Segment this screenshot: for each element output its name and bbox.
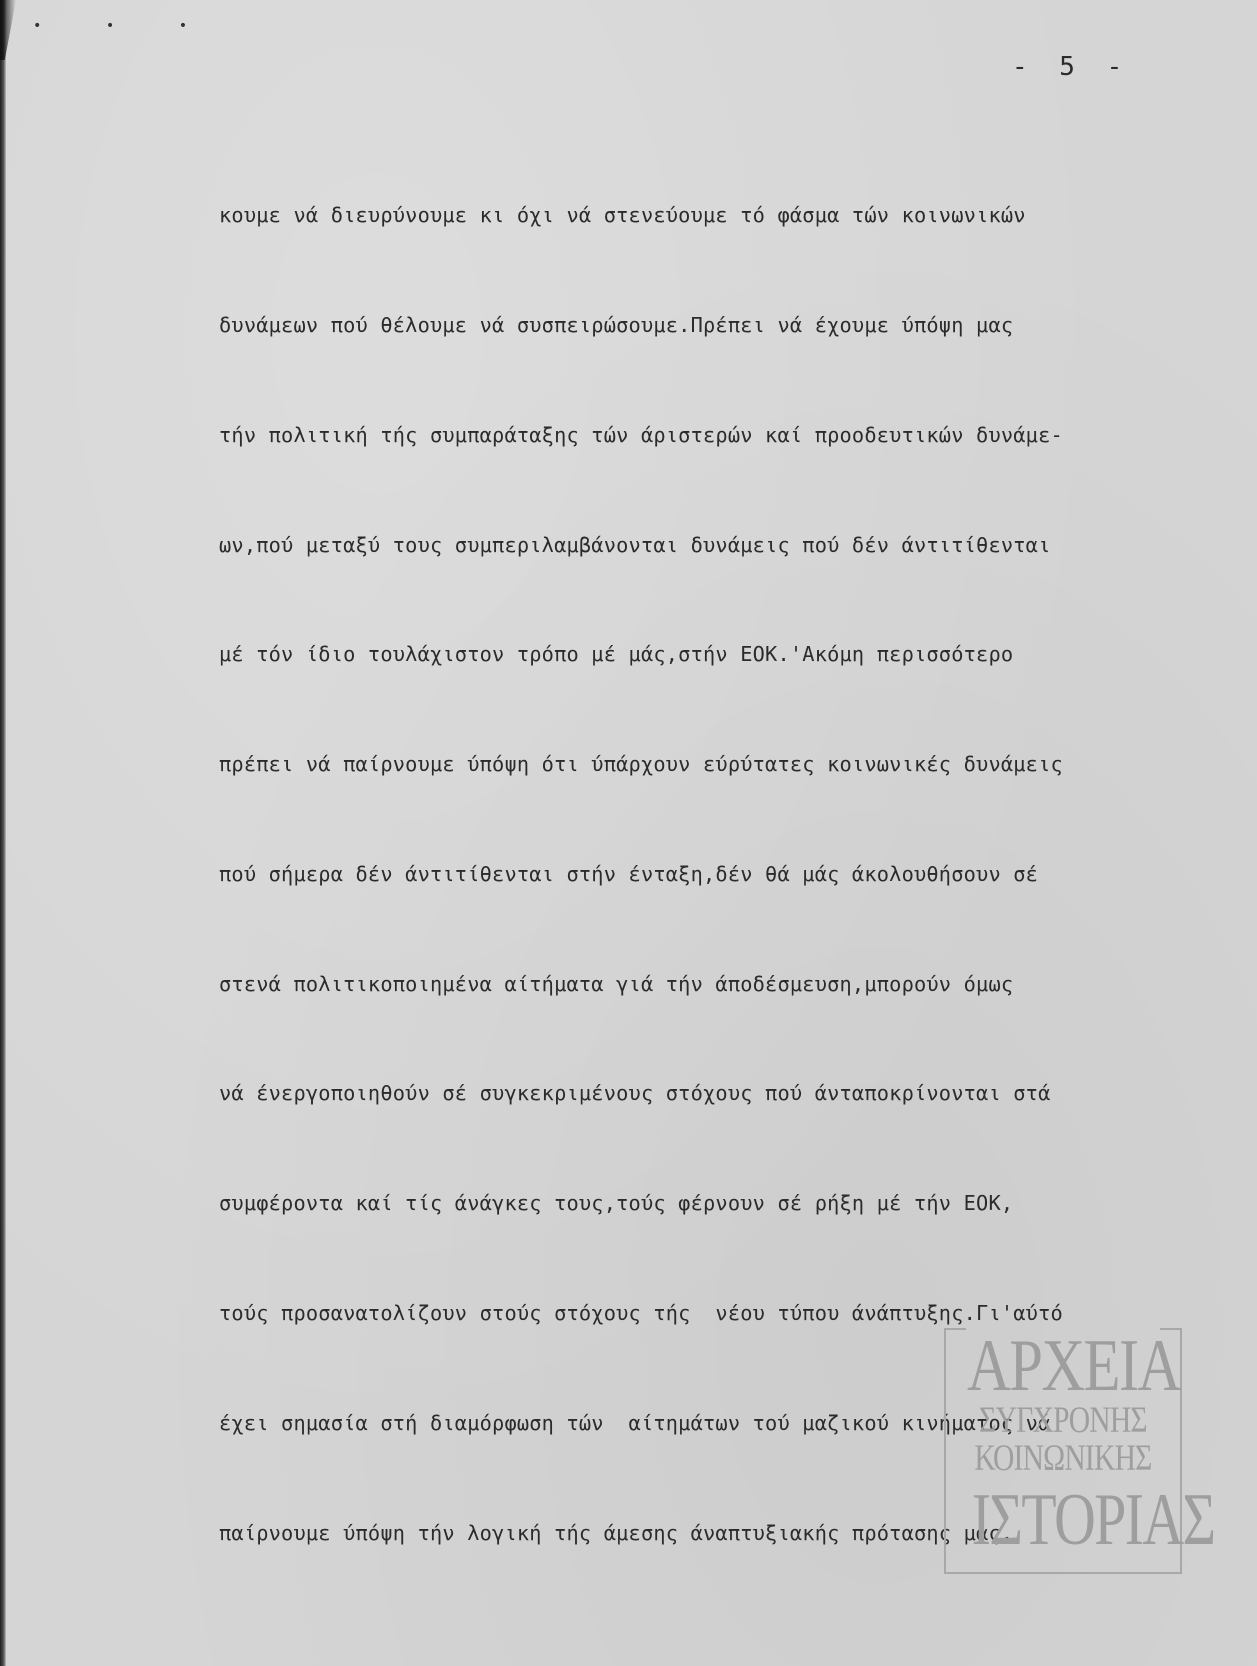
text-line: ων,πού μεταξύ τους συμπεριλαμβάνονται δυ… [219, 527, 1257, 564]
text-line: στενά πολιτικοποιημένα αίτήματα γιά τήν … [219, 966, 1257, 1003]
stamp-line-history: ΙΣΤΟΡΙΑΣ [972, 1478, 1155, 1562]
document-page: • • • - 5 - κουμε νά διευρύνουμε κι όχι … [0, 0, 1257, 1666]
text-line: πού σήμερα δέν άντιτίθενται στήν ένταξη,… [219, 856, 1257, 893]
text-line: συμφέροντα καί τίς άνάγκες τους,τούς φέρ… [219, 1185, 1257, 1222]
stamp-line-social: ΚΟΙΝΩΝΙΚΗΣ [969, 1440, 1156, 1478]
text-line: κουμε νά διευρύνουμε κι όχι νά στενεύουμ… [219, 197, 1257, 234]
scan-specks: • • • [33, 18, 215, 34]
page-number: - 5 - [1012, 52, 1130, 82]
scan-left-edge [0, 0, 6, 1666]
scan-corner-shadow [0, 0, 16, 60]
text-line: μέ τόν ίδιο τουλάχιστον τρόπο μέ μάς,στή… [219, 636, 1257, 673]
text-line: τήν πολιτική τής συμπαράταξης τών άριστε… [219, 417, 1257, 454]
text-line: πρέπει νά παίρνουμε ύπόψη ότι ύπάρχουν ε… [219, 746, 1257, 783]
stamp-line-contemporary: ΣΥΓΧΡΟΝΗΣ [969, 1402, 1156, 1440]
stamp-line-archives: ΑΡΧΕΙΑ [967, 1330, 1159, 1402]
archive-stamp-logo: ΑΡΧΕΙΑ ΣΥΓΧΡΟΝΗΣ ΚΟΙΝΩΝΙΚΗΣ ΙΣΤΟΡΙΑΣ [944, 1328, 1182, 1574]
text-line: δυνάμεων πού θέλουμε νά συσπειρώσουμε.Πρ… [219, 307, 1257, 344]
text-line: νά ένεργοποιηθούν σέ συγκεκριμένους στόχ… [219, 1075, 1257, 1112]
